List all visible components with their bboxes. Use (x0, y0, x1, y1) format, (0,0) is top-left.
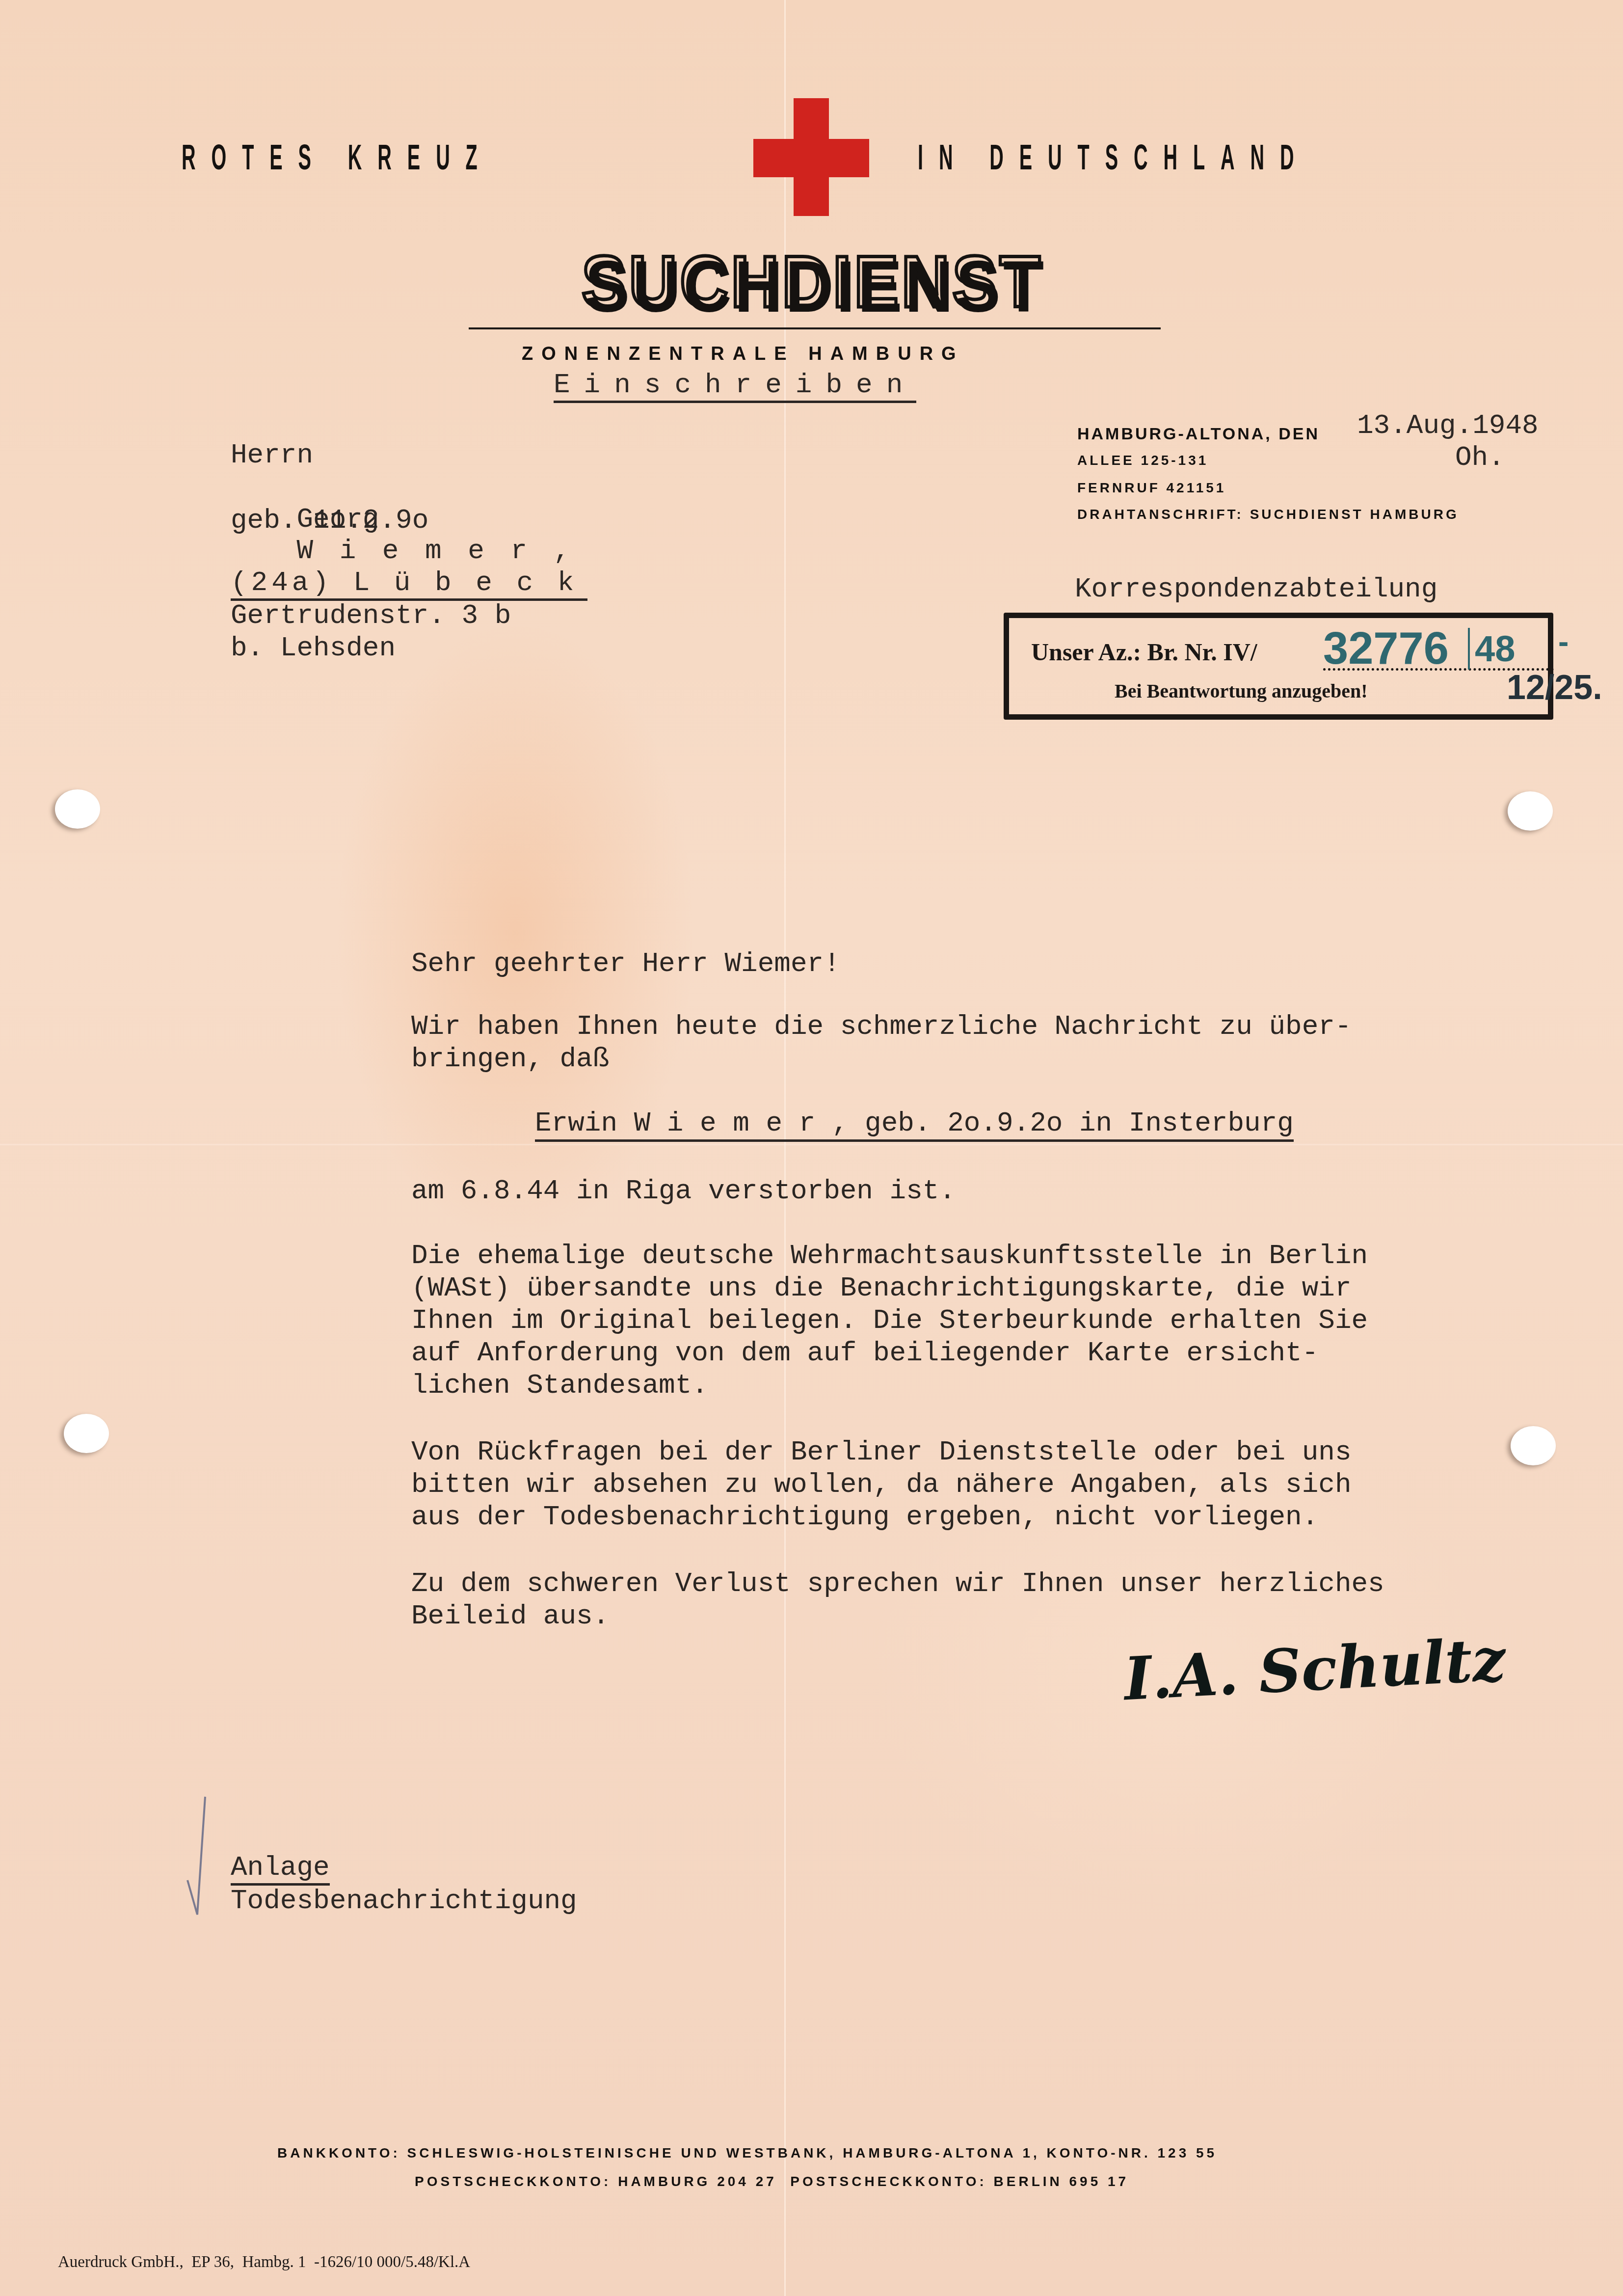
letterhead-divider (469, 327, 1161, 329)
printer-imprint: Auerdruck GmbH., EP 36, Hambg. 1 -1626/1… (58, 2253, 470, 2271)
paragraph-1-line-2: bringen, daß (411, 1043, 609, 1075)
fold-line-horizontal (0, 1144, 1623, 1145)
pencil-checkmark-icon (182, 1792, 226, 1919)
punch-hole-icon (1511, 1426, 1556, 1465)
handwritten-margin-note: 12/25. (1507, 668, 1602, 707)
enclosure-item: Todesbenachrichtigung (231, 1885, 577, 1917)
paragraph-4-line: bitten wir absehen zu wollen, da nähere … (411, 1468, 1352, 1501)
reference-year: 48 (1468, 628, 1515, 670)
place-date-label: HAMBURG-ALTONA, DEN (1077, 425, 1320, 444)
punch-hole-icon (64, 1414, 109, 1453)
sender-phone: FERNRUF 421151 (1077, 480, 1226, 496)
sender-street: ALLEE 125-131 (1077, 453, 1208, 468)
deceased-name: Erwin W i e m e r , geb. 2o.9.2o in Inst… (535, 1107, 1294, 1142)
paragraph-1-line-1: Wir haben Ihnen heute die schmerzliche N… (411, 1010, 1352, 1043)
paragraph-4-line: aus der Todesbenachrichtigung ergeben, n… (411, 1501, 1318, 1533)
reference-label: Unser Az.: Br. Nr. IV/ (1031, 638, 1257, 666)
greeting: Sehr geehrter Herr Wiemer! (411, 947, 840, 980)
reference-note: Bei Beantwortung anzugeben! (1115, 679, 1368, 702)
paragraph-3-line: auf Anforderung von dem auf beiliegender… (411, 1337, 1318, 1369)
paragraph-4-line: Von Rückfragen bei der Berliner Dienstst… (411, 1436, 1352, 1468)
recipient-care-of: b. Lehsden (231, 632, 396, 664)
letter-date: 13.Aug.1948 (1357, 410, 1539, 441)
reference-stamp: Unser Az.: Br. Nr. IV/ 32776 48 Bei Bean… (1004, 613, 1553, 720)
punch-hole-icon (1508, 791, 1553, 831)
recipient-last-name: W i e m e r , (296, 535, 575, 567)
footer-postal: POSTSCHECKKONTO: HAMBURG 204 27 POSTSCHE… (415, 2174, 1129, 2189)
recipient-birth: geb. 11.2.9o (231, 505, 428, 536)
paragraph-3-line: (WASt) übersandte uns die Benachrichtigu… (411, 1272, 1352, 1304)
footer-bank: BANKKONTO: SCHLESWIG-HOLSTEINISCHE UND W… (277, 2145, 1217, 2161)
margin-dash: - (1558, 623, 1569, 660)
sender-telegram: DRAHTANSCHRIFT: SUCHDIENST HAMBURG (1077, 507, 1459, 522)
punch-hole-icon (55, 789, 100, 829)
recipient-salutation: Herrn (231, 439, 313, 471)
paragraph-3-line: lichen Standesamt. (411, 1369, 708, 1402)
enclosure-label: Anlage (231, 1852, 330, 1886)
recipient-street: Gertrudenstr. 3 b (231, 600, 511, 631)
paragraph-3-line: Die ehemalige deutsche Wehrmachtsauskunf… (411, 1240, 1368, 1272)
office-name: ZONENZENTRALE HAMBURG (522, 344, 964, 365)
paragraph-5-line: Zu dem schweren Verlust sprechen wir Ihn… (411, 1567, 1384, 1600)
paragraph-5-line: Beileid aus. (411, 1600, 609, 1632)
department: Korrespondenzabteilung (1075, 573, 1437, 605)
service-title: SUCHDIENST (582, 241, 1043, 324)
letterhead-left: ROTES KREUZ (182, 137, 493, 178)
letterhead-right: IN DEUTSCHLAND (918, 137, 1310, 178)
paragraph-3-line: Ihnen im Original beilegen. Die Sterbeur… (411, 1304, 1368, 1337)
typist-initials: Oh. (1455, 442, 1505, 473)
mail-type: Einschreiben (554, 369, 916, 403)
recipient-city: (24a) L ü b e c k (231, 567, 587, 601)
paragraph-2: am 6.8.44 in Riga verstorben ist. (411, 1175, 956, 1207)
reference-number: 32776 (1323, 623, 1449, 675)
